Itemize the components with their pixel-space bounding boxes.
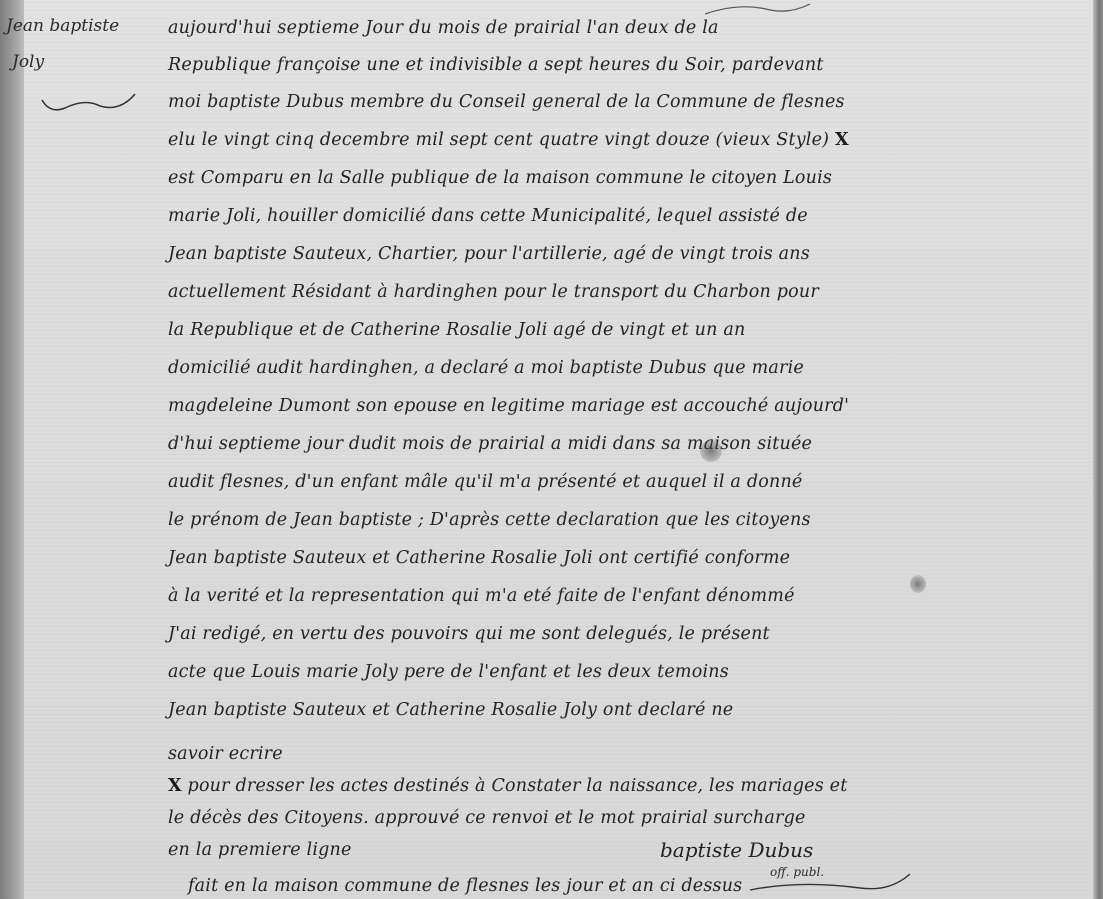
- text-line: à la verité et la representation qui m'a…: [168, 586, 795, 606]
- text-line: audit flesnes, d'un enfant mâle qu'il m'…: [168, 472, 802, 492]
- insertion-mark: X: [835, 130, 849, 150]
- text-line: acte que Louis marie Joly pere de l'enfa…: [168, 662, 729, 682]
- text-line: le prénom de Jean baptiste ; D'après cet…: [168, 510, 811, 530]
- signature: baptiste Dubus: [660, 838, 813, 862]
- text-line: savoir ecrire: [168, 744, 283, 764]
- text-line: en la premiere ligne: [168, 840, 352, 860]
- register-page: Jean baptiste Joly aujourd'hui septieme …: [0, 0, 1103, 899]
- text-line: fait en la maison commune de flesnes les…: [188, 876, 742, 896]
- text-line: est Comparu en la Salle publique de la m…: [168, 168, 832, 188]
- text-line: domicilié audit hardinghen, a declaré a …: [168, 358, 804, 378]
- text-line: actuellement Résidant à hardinghen pour …: [168, 282, 819, 302]
- top-ink-flourish: [700, 0, 820, 20]
- text-line: la Republique et de Catherine Rosalie Jo…: [168, 320, 745, 340]
- text-line: magdeleine Dumont son epouse en legitime…: [168, 396, 849, 416]
- margin-name-line1: Jean baptiste: [6, 8, 146, 44]
- binding-left-edge: [0, 0, 24, 899]
- text-line: aujourd'hui septieme Jour du mois de pra…: [168, 18, 719, 38]
- ink-blot: [910, 575, 926, 593]
- margin-annotation: Jean baptiste Joly: [6, 8, 146, 80]
- text-line: Jean baptiste Sauteux, Chartier, pour l'…: [168, 244, 810, 264]
- text-line: J'ai redigé, en vertu des pouvoirs qui m…: [168, 624, 770, 644]
- text-line: Jean baptiste Sauteux et Catherine Rosal…: [168, 548, 790, 568]
- text-line: Republique françoise une et indivisible …: [168, 55, 824, 75]
- text-line: marie Joli, houiller domicilié dans cett…: [168, 206, 808, 226]
- text-line: le décès des Citoyens. approuvé ce renvo…: [168, 808, 806, 828]
- signature-flourish: [740, 860, 920, 899]
- text-line: X pour dresser les actes destinés à Cons…: [168, 776, 847, 796]
- ink-blot: [700, 440, 722, 462]
- text-line: elu le vingt cinq decembre mil sept cent…: [168, 130, 849, 150]
- insertion-mark: X: [168, 776, 182, 796]
- binding-right-edge: [1093, 0, 1103, 899]
- text-line-content: pour dresser les actes destinés à Consta…: [188, 776, 848, 796]
- text-line: moi baptiste Dubus membre du Conseil gen…: [168, 92, 845, 112]
- text-line: Jean baptiste Sauteux et Catherine Rosal…: [168, 700, 733, 720]
- margin-name-line2: Joly: [12, 44, 146, 80]
- text-line-content: elu le vingt cinq decembre mil sept cent…: [168, 130, 829, 150]
- margin-flourish: [40, 88, 140, 118]
